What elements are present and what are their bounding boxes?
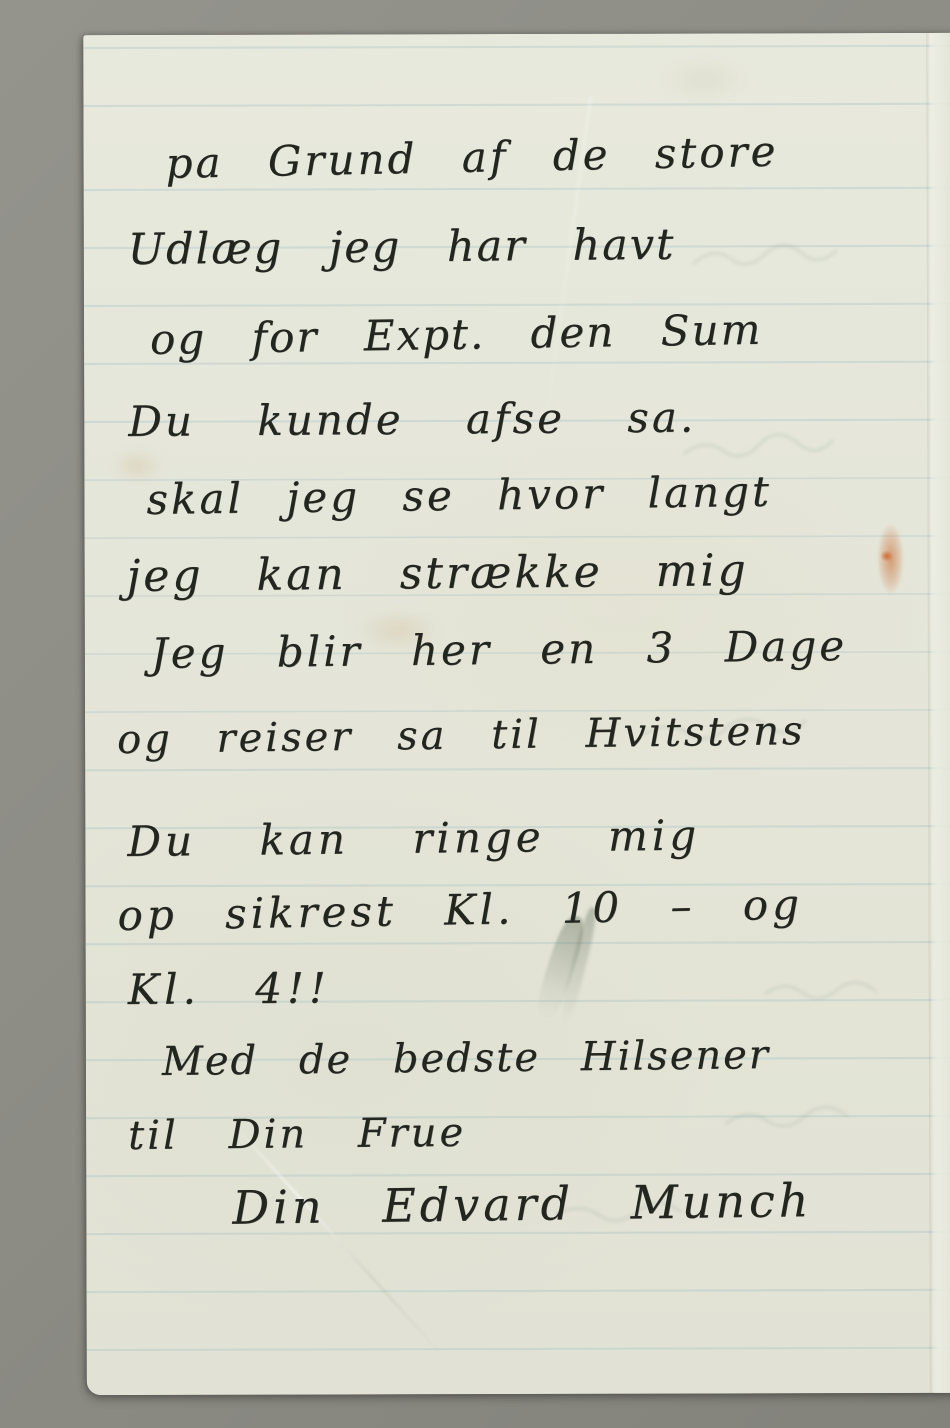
handwritten-line: Med de bedste Hilsener bbox=[162, 1032, 771, 1085]
handwritten-line: Kl. 4!! bbox=[128, 963, 331, 1014]
scanned-letter: pa Grund af de store Udlæg jeg har havt … bbox=[0, 0, 950, 1428]
handwritten-line: Du kunde afse sa. bbox=[128, 393, 696, 446]
handwritten-line: Jeg blir her en 3 Dage bbox=[151, 621, 848, 678]
handwritten-line: Udlæg jeg har havt bbox=[128, 220, 676, 275]
handwritten-line: skal jeg se hvor langt bbox=[146, 467, 772, 524]
handwritten-line: Din Edvard Munch bbox=[232, 1173, 813, 1235]
handwritten-line: og reiser sa til Hvitstens bbox=[117, 708, 806, 763]
handwritten-line: til Din Frue bbox=[128, 1110, 466, 1159]
handwritten-line: jeg kan strække mig bbox=[126, 545, 748, 602]
letter-page: pa Grund af de store Udlæg jeg har havt … bbox=[83, 33, 950, 1395]
handwritten-line: Du kan ringe mig bbox=[127, 811, 700, 866]
handwritten-line: og for Expt. den Sum bbox=[150, 305, 763, 364]
